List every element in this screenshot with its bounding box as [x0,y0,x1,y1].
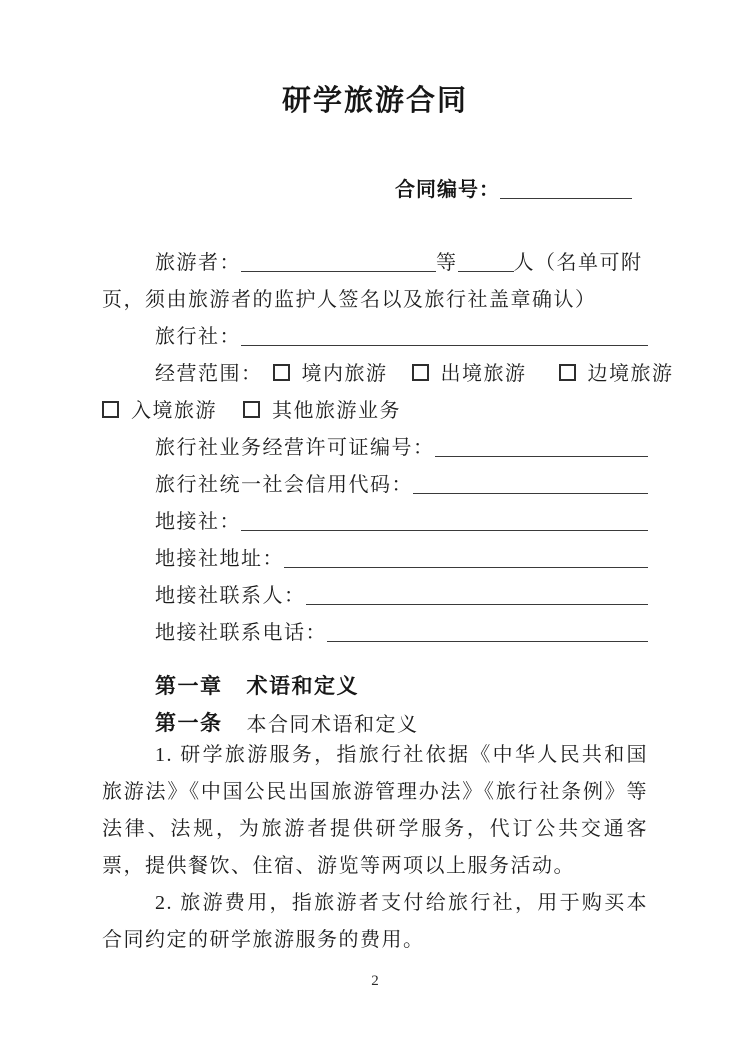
scope-option-border[interactable]: 边境旅游 [559,357,674,386]
travel-agency-row: 旅行社： [102,312,648,349]
local-agency-phone-label: 地接社联系电话： [155,616,327,645]
chapter-1-heading: 第一章 术语和定义 [102,663,648,700]
chapter-title: 术语和定义 [247,670,360,700]
traveler-count-blank[interactable] [458,249,514,272]
traveler-row: 旅游者： 等 人（名单可附 [102,238,648,275]
local-agency-label: 地接社： [155,505,241,534]
license-number-blank[interactable] [435,434,649,457]
traveler-suffix-label: 人（名单可附 [514,246,643,275]
contract-number-blank[interactable] [500,176,632,199]
party-info-section: 旅游者： 等 人（名单可附 页，须由旅游者的监护人签名以及旅行社盖章确认） 旅行… [102,238,648,645]
local-agency-address-row: 地接社地址： [102,534,648,571]
definition-paragraph-2: 2. 旅游费用，指旅游者支付给旅行社，用于购买本合同约定的研学旅游服务的费用。 [102,885,648,959]
checkbox-icon[interactable] [412,364,429,381]
scope-option-domestic[interactable]: 境内旅游 [273,357,388,386]
scope-option-outbound[interactable]: 出境旅游 [412,357,527,386]
local-agency-phone-row: 地接社联系电话： [102,608,648,645]
local-agency-contact-blank[interactable] [306,582,649,605]
scope-option-inbound[interactable]: 入境旅游 [102,394,217,423]
scope-option-label: 边境旅游 [588,357,674,386]
business-scope-row-2: 入境旅游 其他旅游业务 [102,386,648,423]
article-number: 第一条 [155,707,223,737]
travel-agency-blank[interactable] [241,323,648,346]
checkbox-icon[interactable] [243,401,260,418]
definition-paragraph-1: 1. 研学旅游服务，指旅行社依据《中华人民共和国旅游法》《中国公民出国旅游管理办… [102,737,648,885]
local-agency-phone-blank[interactable] [327,619,648,642]
license-number-label: 旅行社业务经营许可证编号： [155,431,435,460]
scope-option-label: 其他旅游业务 [272,394,401,423]
checkbox-icon[interactable] [559,364,576,381]
traveler-name-blank[interactable] [241,249,436,272]
traveler-label: 旅游者： [155,246,241,275]
scope-option-other[interactable]: 其他旅游业务 [243,394,401,423]
contract-number-row: 合同编号： [395,170,648,202]
local-agency-blank[interactable] [241,508,648,531]
traveler-etc-label: 等 [436,246,458,275]
credit-code-label: 旅行社统一社会信用代码： [155,468,413,497]
article-1-heading: 第一条 本合同术语和定义 [102,700,648,737]
traveler-note-wrap-line: 页，须由旅游者的监护人签名以及旅行社盖章确认） [102,275,648,312]
chapter-number: 第一章 [155,670,223,700]
business-scope-label: 经营范围： [155,357,263,386]
local-agency-contact-label: 地接社联系人： [155,579,306,608]
scope-option-label: 入境旅游 [131,394,217,423]
checkbox-icon[interactable] [102,401,119,418]
local-agency-row: 地接社： [102,497,648,534]
license-number-row: 旅行社业务经营许可证编号： [102,423,648,460]
scope-option-label: 出境旅游 [441,357,527,386]
contract-document-page: 研学旅游合同 合同编号： 旅游者： 等 人（名单可附 页，须由旅游者的监护人签名… [0,0,750,1061]
credit-code-blank[interactable] [413,471,648,494]
page-title: 研学旅游合同 [102,84,648,118]
checkbox-icon[interactable] [273,364,290,381]
business-scope-row: 经营范围： 境内旅游 出境旅游 边境旅游 [102,349,648,386]
local-agency-contact-row: 地接社联系人： [102,571,648,608]
local-agency-address-label: 地接社地址： [155,542,284,571]
article-title: 本合同术语和定义 [247,708,419,737]
local-agency-address-blank[interactable] [284,545,648,568]
scope-option-label: 境内旅游 [302,357,388,386]
page-number: 2 [0,973,750,990]
credit-code-row: 旅行社统一社会信用代码： [102,460,648,497]
travel-agency-label: 旅行社： [155,320,241,349]
contract-number-label: 合同编号： [395,173,500,202]
